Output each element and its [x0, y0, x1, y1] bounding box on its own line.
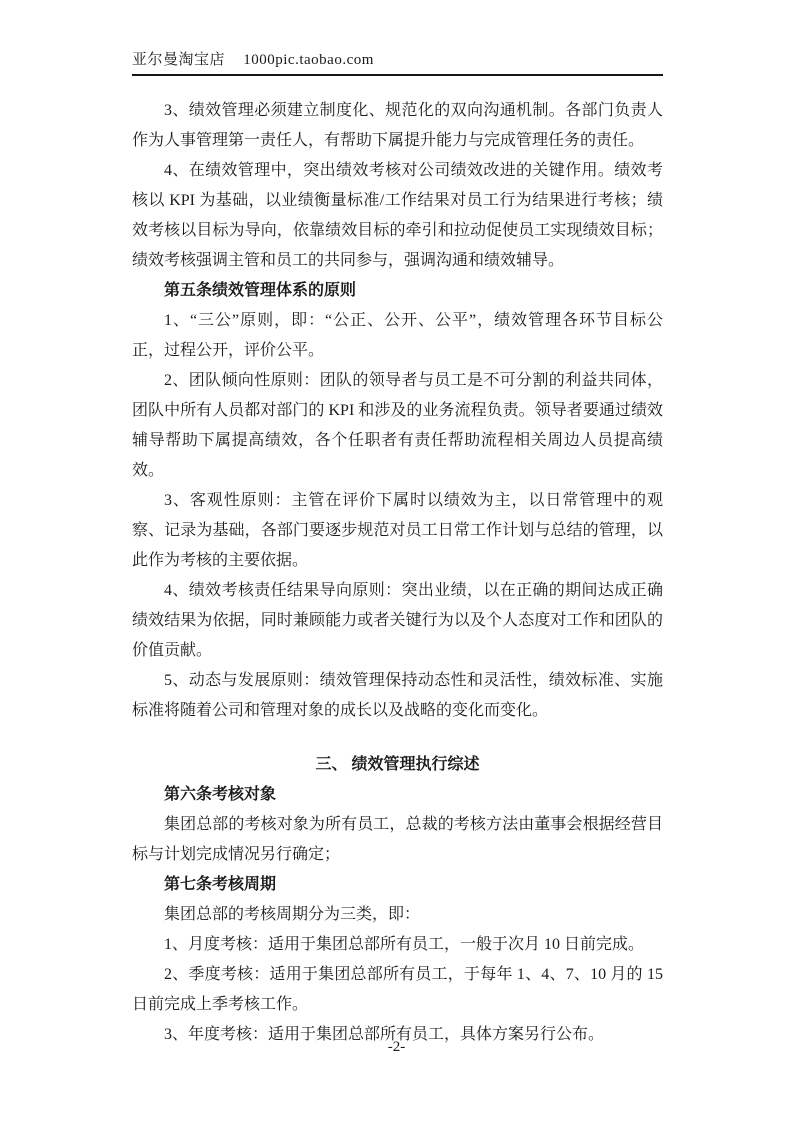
paragraph: 2、团队倾向性原则：团队的领导者与员工是不可分割的利益共同体，团队中所有人员都对… [132, 366, 663, 486]
paragraph: 3、客观性原则：主管在评价下属时以绩效为主，以日常管理中的观察、记录为基础，各部… [132, 486, 663, 576]
paragraph: 4、在绩效管理中，突出绩效考核对公司绩效改进的关键作用。绩效考核以 KPI 为基… [132, 156, 663, 276]
paragraph: 2、季度考核：适用于集团总部所有员工，于每年 1、4、7、10 月的 15 日前… [132, 960, 663, 1020]
paragraph: 3、绩效管理必须建立制度化、规范化的双向沟通机制。各部门负责人作为人事管理第一责… [132, 96, 663, 156]
header-shop-url: 1000pic.taobao.com [243, 52, 374, 68]
page-header: 亚尔曼淘宝店 1000pic.taobao.com [132, 48, 663, 76]
document-body: 3、绩效管理必须建立制度化、规范化的双向沟通机制。各部门负责人作为人事管理第一责… [132, 96, 663, 1050]
article-heading: 第六条考核对象 [132, 780, 663, 810]
paragraph: 1、“三公”原则，即：“公正、公开、公平”，绩效管理各环节目标公正，过程公开，评… [132, 306, 663, 366]
document-page: 亚尔曼淘宝店 1000pic.taobao.com 3、绩效管理必须建立制度化、… [0, 0, 793, 1122]
paragraph: 1、月度考核：适用于集团总部所有员工，一般于次月 10 日前完成。 [132, 930, 663, 960]
paragraph: 集团总部的考核对象为所有员工，总裁的考核方法由董事会根据经营目标与计划完成情况另… [132, 810, 663, 870]
paragraph: 5、动态与发展原则：绩效管理保持动态性和灵活性，绩效标准、实施标准将随着公司和管… [132, 666, 663, 726]
article-heading: 第七条考核周期 [132, 870, 663, 900]
blank-line [132, 726, 663, 750]
section-title: 三、 绩效管理执行综述 [132, 750, 663, 780]
article-heading: 第五条绩效管理体系的原则 [132, 276, 663, 306]
header-shop-name: 亚尔曼淘宝店 [132, 52, 225, 68]
paragraph: 集团总部的考核周期分为三类，即： [132, 900, 663, 930]
paragraph: 4、绩效考核责任结果导向原则：突出业绩，以在正确的期间达成正确绩效结果为依据，同… [132, 576, 663, 666]
page-number: -2- [0, 1032, 793, 1062]
